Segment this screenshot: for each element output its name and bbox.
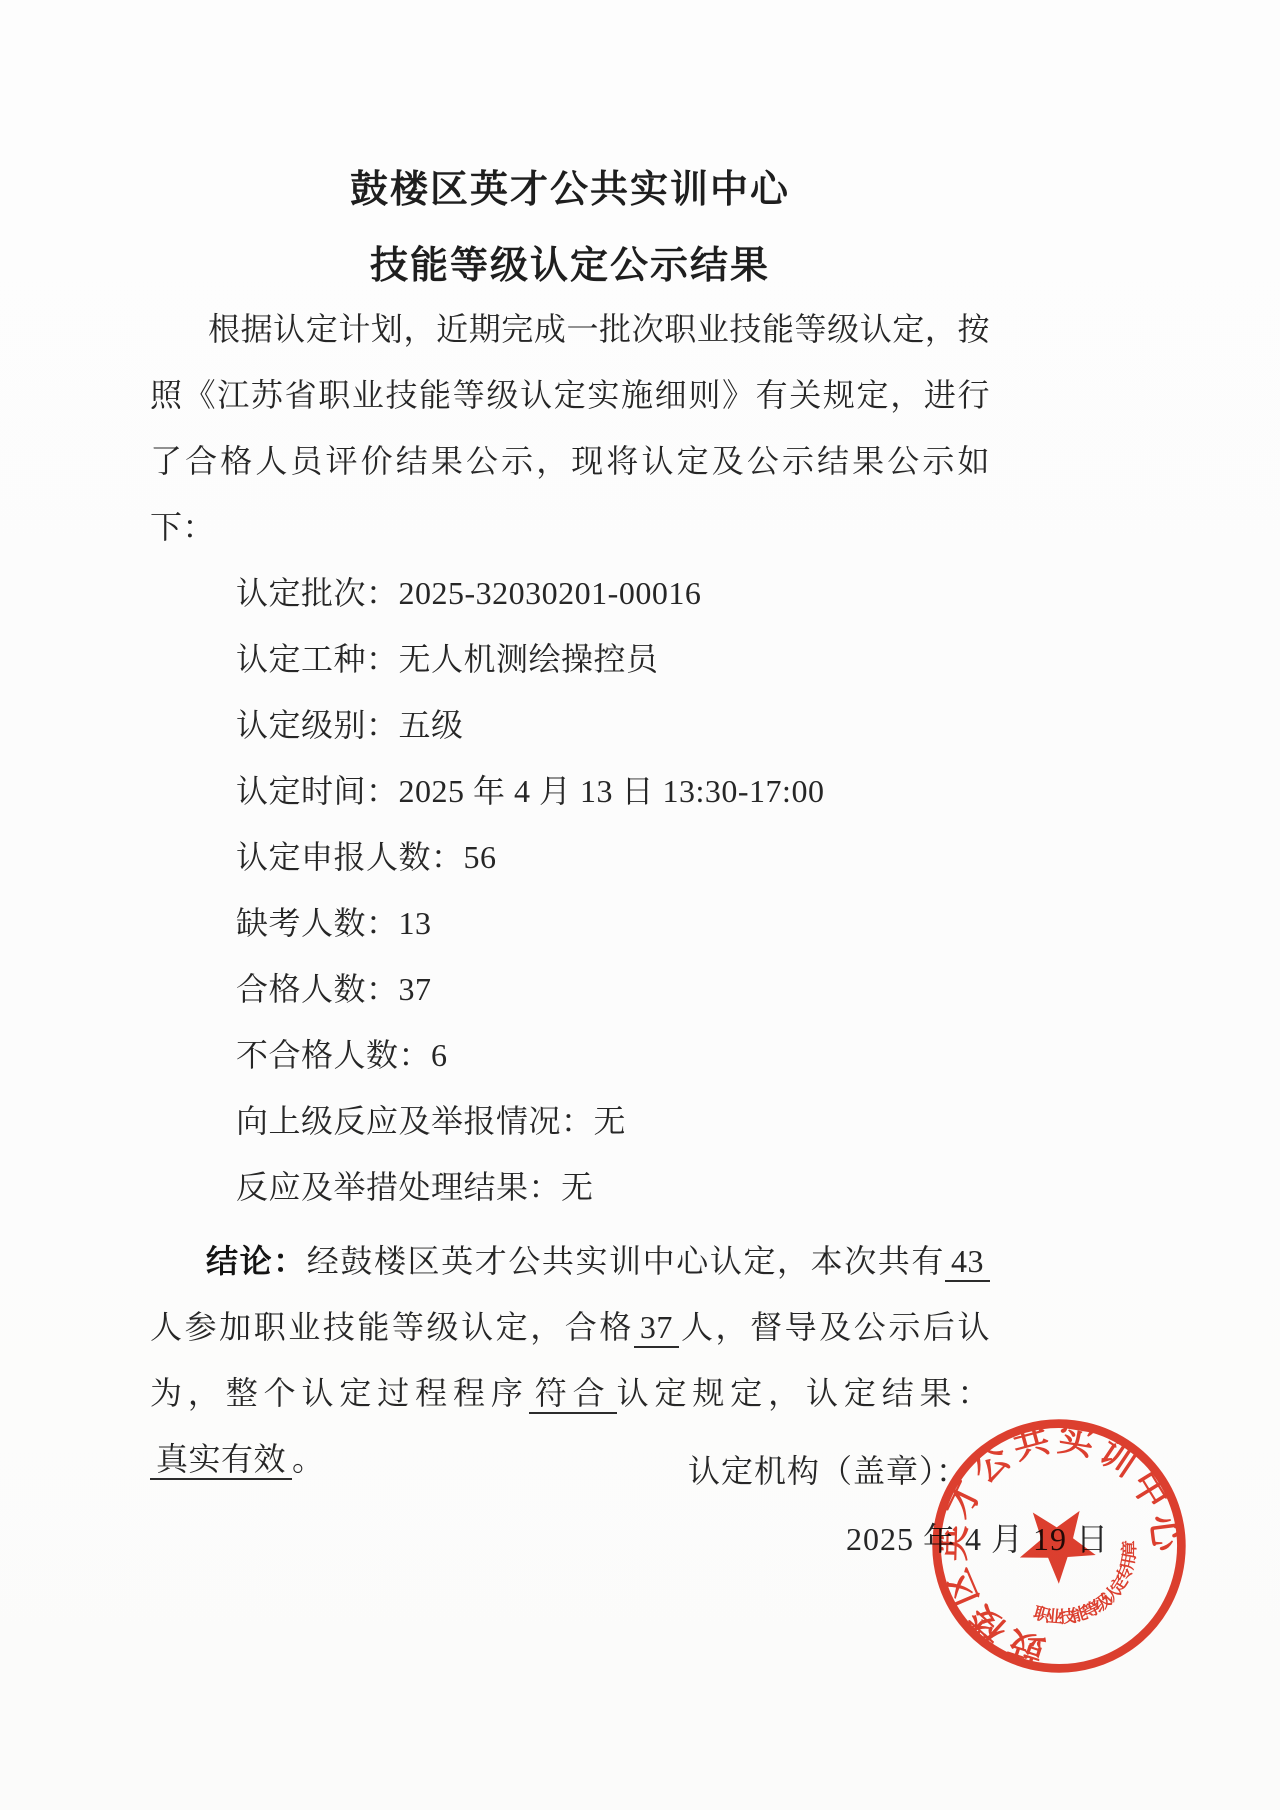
conclusion-text-2: 人参加职业技能等级认定，合格: [150, 1309, 634, 1345]
field-passed: 合格人数：37: [150, 956, 990, 1022]
field-occupation: 认定工种：无人机测绘操控员: [150, 626, 990, 692]
passed-count-underlined: 37: [634, 1309, 679, 1348]
conclusion-label: 结论：: [206, 1243, 307, 1279]
result-underlined: 真实有效: [150, 1441, 292, 1480]
field-applicants: 认定申报人数：56: [150, 824, 990, 890]
doc-title-line1: 鼓楼区英才公共实训中心: [150, 168, 990, 212]
document-page: 鼓楼区英才公共实训中心 技能等级认定公示结果 根据认定计划，近期完成一批次职业技…: [0, 0, 1280, 1810]
document-content: 鼓楼区英才公共实训中心 技能等级认定公示结果 根据认定计划，近期完成一批次职业技…: [150, 0, 990, 1492]
field-level: 认定级别：五级: [150, 692, 990, 758]
participant-count-underlined: 43: [945, 1243, 990, 1282]
doc-title-line2: 技能等级认定公示结果: [150, 244, 990, 288]
field-report-status: 向上级反应及举报情况：无: [150, 1088, 990, 1154]
field-handling-result: 反应及举措处理结果：无: [150, 1154, 990, 1220]
conclusion-text-4: 认定规定，认定结果：: [617, 1375, 990, 1411]
field-absent: 缺考人数：13: [150, 890, 990, 956]
conclusion-text-1: 经鼓楼区英才公共实训中心认定，本次共有: [307, 1243, 945, 1279]
compliance-underlined: 符合: [529, 1375, 617, 1414]
field-time: 认定时间：2025 年 4 月 13 日 13:30-17:00: [150, 758, 990, 824]
field-batch: 认定批次：2025-32030201-00016: [150, 560, 990, 626]
intro-paragraph: 根据认定计划，近期完成一批次职业技能等级认定，按照《江苏省职业技能等级认定实施细…: [150, 296, 990, 560]
field-failed: 不合格人数：6: [150, 1022, 990, 1088]
stamp-star: [1003, 1489, 1107, 1593]
conclusion-period: 。: [292, 1441, 325, 1477]
